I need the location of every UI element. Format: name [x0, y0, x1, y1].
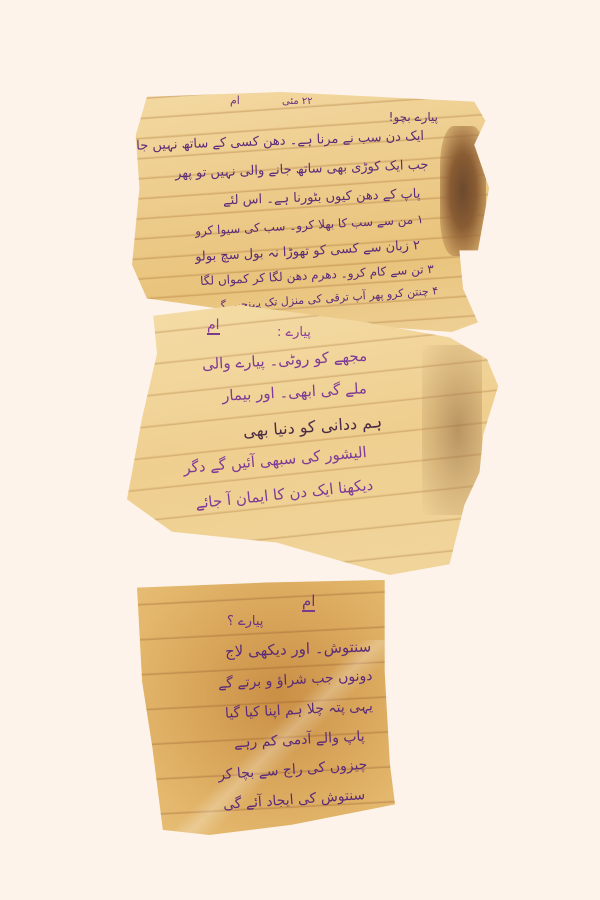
manuscript-fragment-2: ام پیارے : مجھے کو روٹی۔ پیارے والی ملے …: [127, 305, 502, 575]
fragment-header-mark: ام: [230, 94, 240, 107]
fragment-date: ۲۲ مئی: [282, 96, 313, 107]
fragment-salutation: پیارے :: [277, 325, 311, 340]
manuscript-fragment-1: ام ۲۲ مئی پیارے بچو! ایک دن سب نے مرنا ہ…: [132, 92, 504, 332]
fragment-salutation: پیارے ؟: [227, 614, 263, 629]
fragment-header-mark: ام: [207, 317, 220, 335]
manuscript-fragment-3: ام پیارے ؟ سنتوش۔ اور دیکھی لاج دونوں جب…: [137, 580, 395, 835]
text-line: پیارے بچو!: [389, 110, 438, 124]
decay-stain: [440, 126, 486, 256]
decay-stain: [422, 345, 482, 515]
fragment-header-mark: ام: [302, 592, 315, 612]
